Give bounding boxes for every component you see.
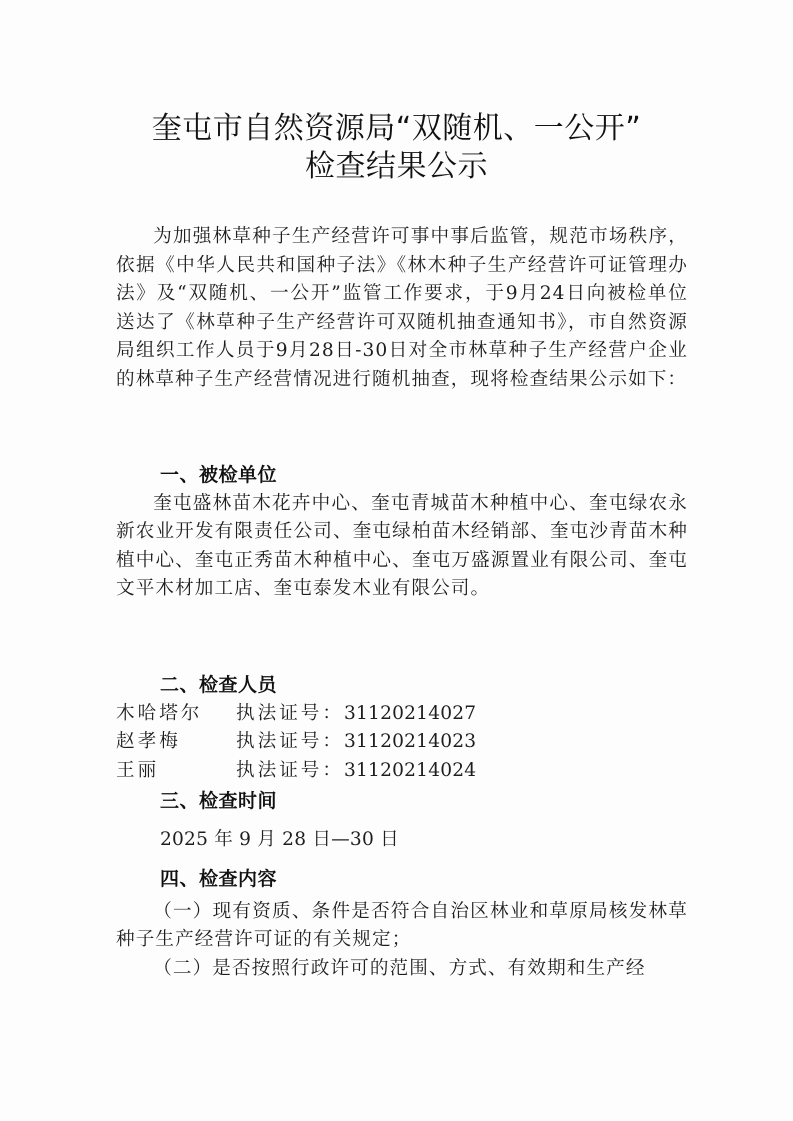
section-inspection-time: 三、检查时间 2025 年 9 月 28 日—30 日 [116, 787, 688, 854]
cert-number: 31120214024 [344, 757, 476, 786]
content-item: （二）是否按照行政许可的范围、方式、有效期和生产经 [116, 955, 688, 984]
inspector-name: 赵孝梅 [116, 728, 236, 757]
content-item: （一）现有资质、条件是否符合自治区林业和草原局核发林草种子生产经营许可证的有关规… [116, 898, 688, 955]
intro-section: 为加强林草种子生产经营许可事中事后监管，规范市场秩序，依据《中华人民共和国种子法… [116, 223, 688, 395]
section-inspection-content: 四、检查内容 （一）现有资质、条件是否符合自治区林业和草原局核发林草种子生产经营… [116, 865, 688, 983]
document-title-line-2: 检查结果公示 [0, 141, 793, 185]
section-heading-inspection-time: 三、检查时间 [116, 787, 688, 816]
section-heading-inspectors: 二、检查人员 [116, 671, 688, 700]
intro-paragraph: 为加强林草种子生产经营许可事中事后监管，规范市场秩序，依据《中华人民共和国种子法… [116, 223, 688, 395]
section-inspectors: 二、检查人员 木哈塔尔 执法证号： 31120214027 赵孝梅 执法证号： … [116, 671, 688, 785]
inspector-name: 木哈塔尔 [116, 700, 236, 729]
document-page: 奎屯市自然资源局“双随机、一公开” 检查结果公示 为加强林草种子生产经营许可事中… [0, 0, 793, 1121]
cert-number: 31120214023 [344, 728, 476, 757]
inspector-name: 王丽 [116, 757, 236, 786]
cert-label: 执法证号： [236, 700, 344, 729]
section-heading-inspection-content: 四、检查内容 [116, 865, 688, 894]
inspection-date-range: 2025 年 9 月 28 日—30 日 [116, 826, 688, 855]
cert-label: 执法证号： [236, 728, 344, 757]
cert-number: 31120214027 [344, 700, 476, 729]
inspector-row: 木哈塔尔 执法证号： 31120214027 [116, 700, 688, 729]
inspected-units-list: 奎屯盛林苗木花卉中心、奎屯青城苗木种植中心、奎屯绿农永新农业开发有限责任公司、奎… [116, 490, 688, 604]
section-heading-inspected-units: 一、被检单位 [116, 461, 688, 490]
inspector-row: 赵孝梅 执法证号： 31120214023 [116, 728, 688, 757]
cert-label: 执法证号： [236, 757, 344, 786]
section-inspected-units: 一、被检单位 奎屯盛林苗木花卉中心、奎屯青城苗木种植中心、奎屯绿农永新农业开发有… [116, 461, 688, 604]
inspector-row: 王丽 执法证号： 31120214024 [116, 757, 688, 786]
